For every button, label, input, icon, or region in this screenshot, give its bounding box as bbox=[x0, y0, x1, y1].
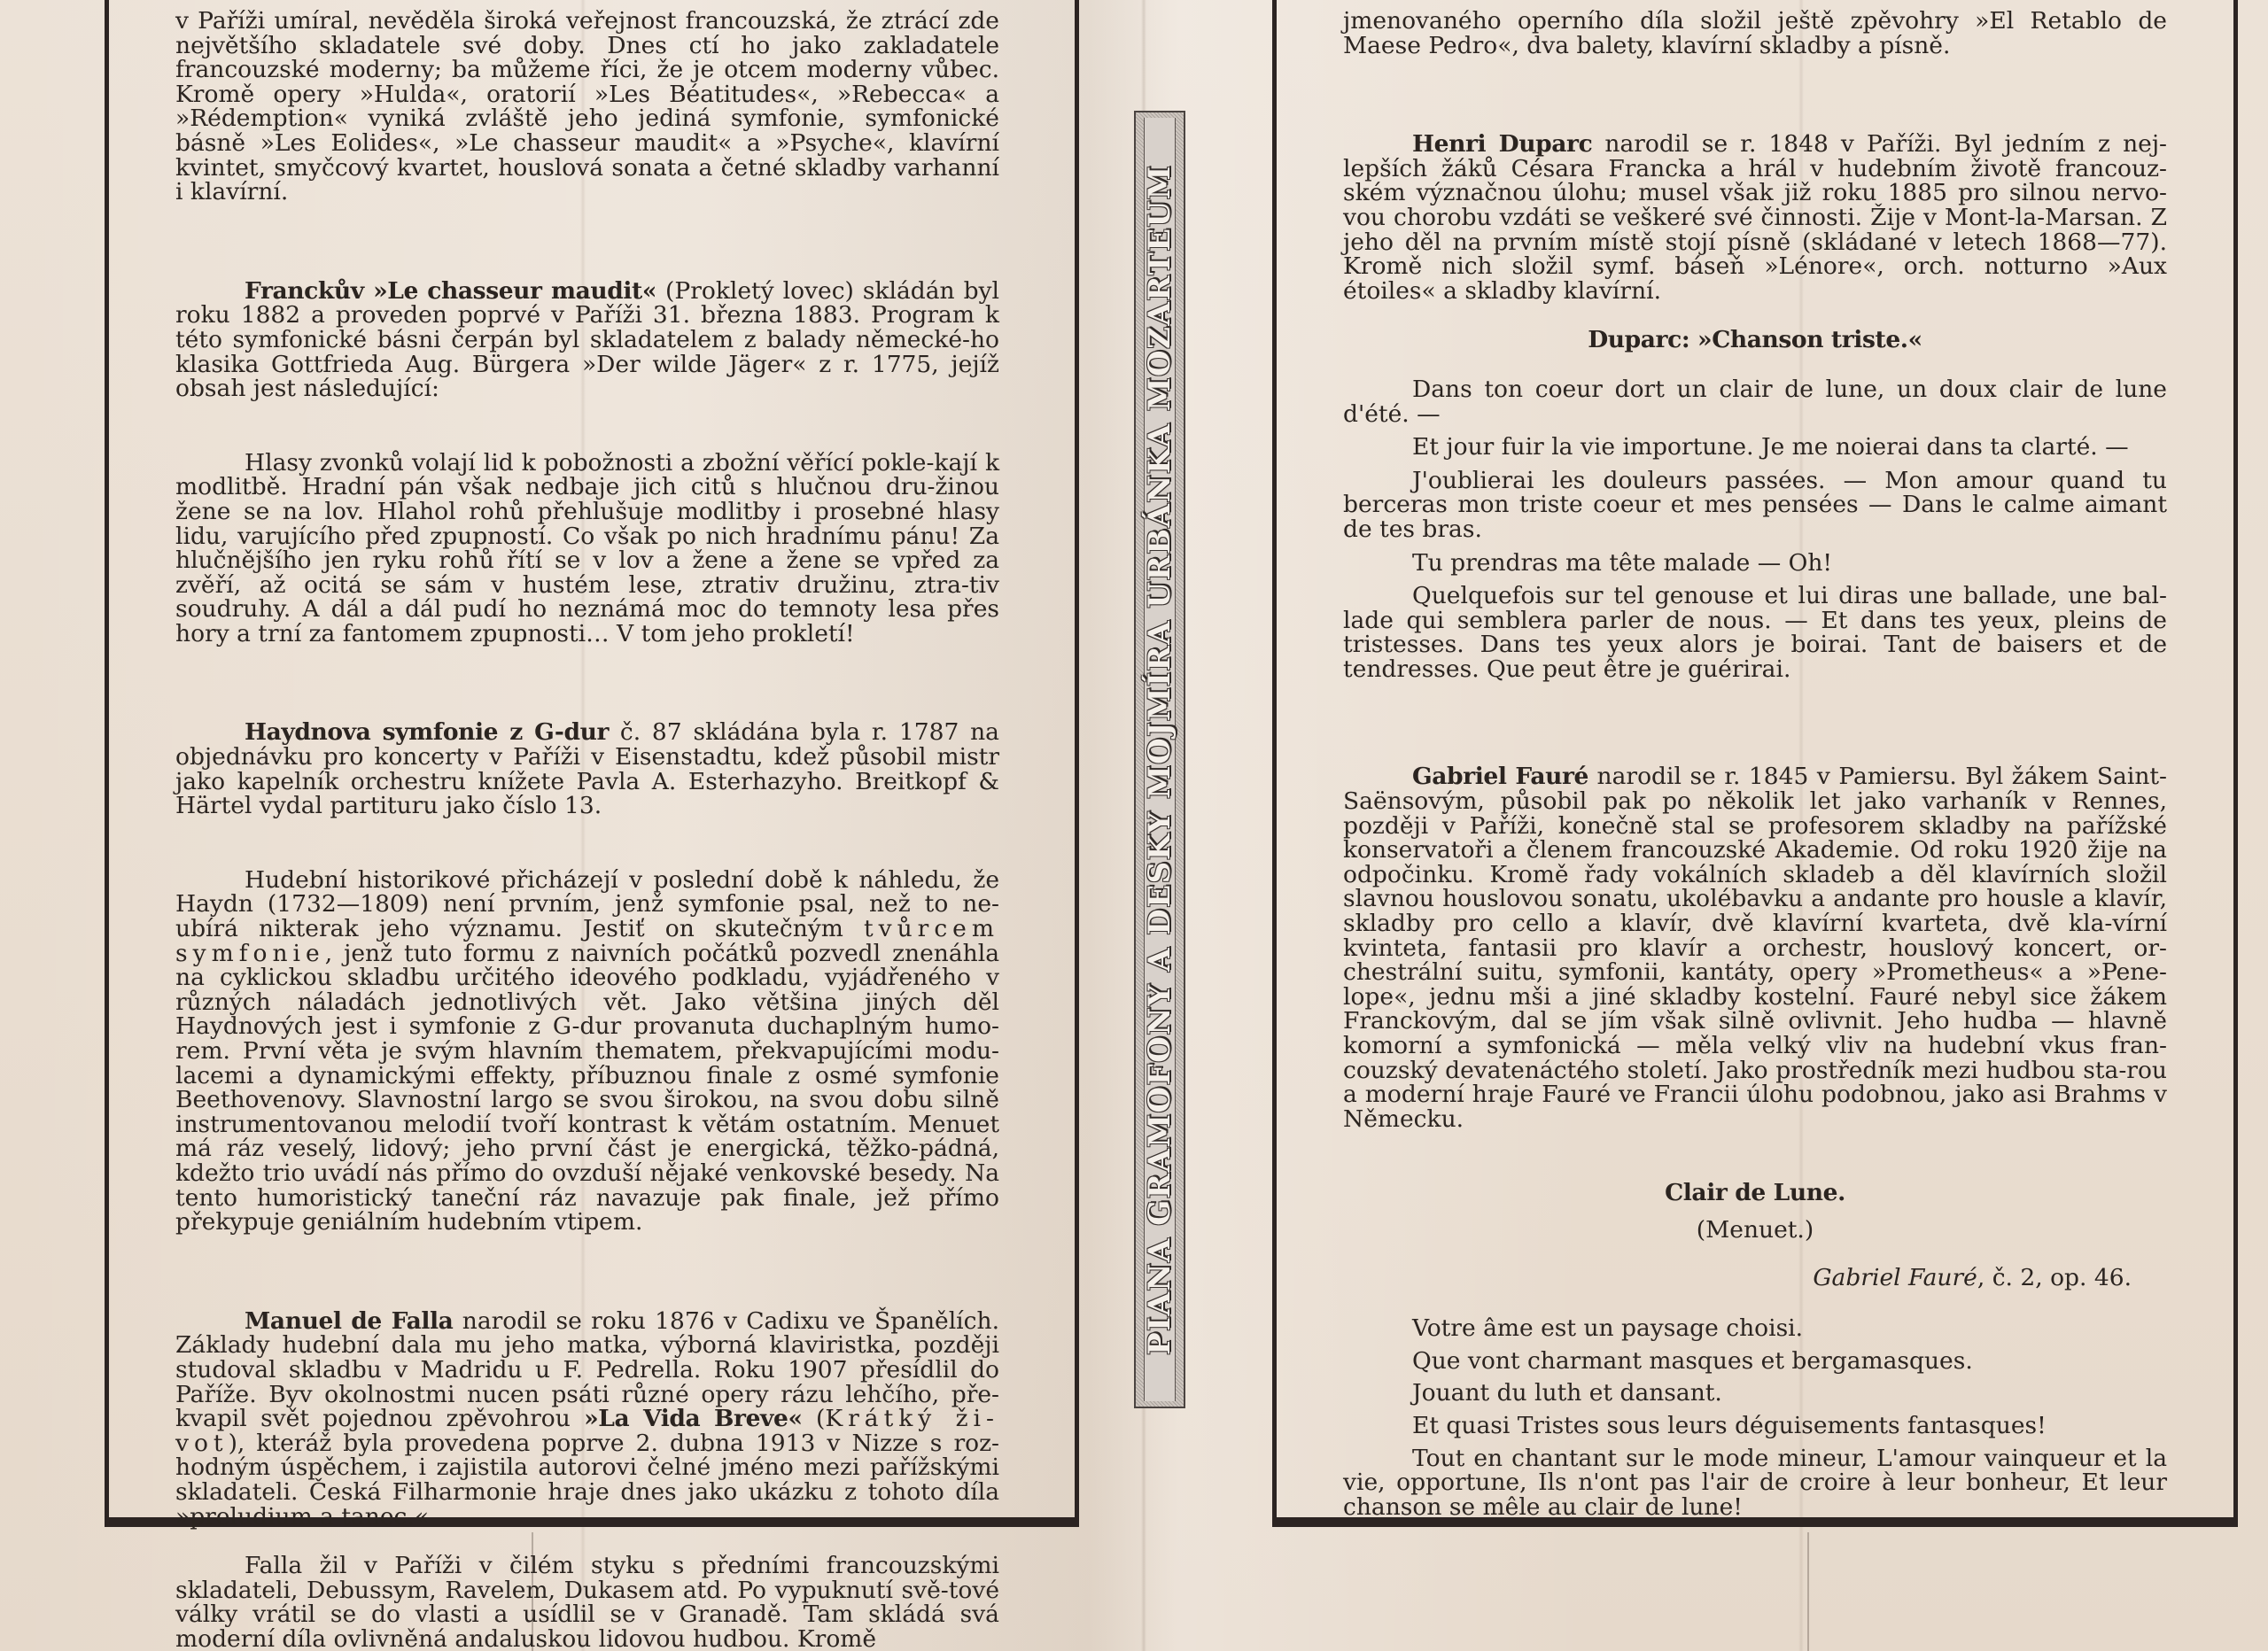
chanson-triste-lyrics: Dans ton coeur dort un clair de lune, un… bbox=[1343, 377, 2167, 682]
chanson-stanza: J'oublierai les douleurs passées. — Mon … bbox=[1343, 469, 2167, 542]
clair-de-lune-title: Clair de Lune. bbox=[1343, 1181, 2167, 1205]
clair-de-lune-lyrics: Votre âme est un paysage choisi. Que von… bbox=[1343, 1316, 2167, 1519]
franck-chasseur-heading: Franckův »Le chasseur maudit« bbox=[245, 277, 656, 305]
clair-de-lune-subtitle: (Menuet.) bbox=[1343, 1218, 2167, 1243]
haydn-heading: Haydnova symfonie z G-dur bbox=[245, 718, 609, 746]
chanson-stanza: Dans ton coeur dort un clair de lune, un… bbox=[1343, 377, 2167, 426]
faure-heading: Gabriel Fauré bbox=[1412, 763, 1588, 790]
franck-intro-paragraph: v Paříži umíral, nevěděla široká veřejno… bbox=[175, 9, 999, 205]
right-page: jmenovaného operního díla složil ještě z… bbox=[1272, 0, 2238, 1527]
haydn-paragraph: Haydnova symfonie z G-dur č. 87 skládána… bbox=[175, 720, 999, 818]
haydn-history-paragraph: Hudební historikové přicházejí v posledn… bbox=[175, 868, 999, 1235]
falla-paris-paragraph: Falla žil v Paříži v čilém styku s předn… bbox=[175, 1554, 999, 1651]
left-page: v Paříži umíral, nevěděla široká veřejno… bbox=[105, 0, 1079, 1527]
falla-paragraph: Manuel de Falla narodil se roku 1876 v C… bbox=[175, 1309, 999, 1529]
clair-verse: Et quasi Tristes sous leurs déguisements… bbox=[1343, 1414, 2167, 1438]
falla-heading: Manuel de Falla bbox=[245, 1307, 453, 1335]
franck-story-paragraph: Hlasy zvonků volají lid k pobožnosti a z… bbox=[175, 451, 999, 647]
spine-advert-text: PIANA GRAMOFONY A DESKY MOJMÍRA URBÁNKA … bbox=[1142, 165, 1177, 1355]
faure-paragraph: Gabriel Fauré narodil se r. 1845 v Pamie… bbox=[1343, 764, 2167, 1131]
right-column: jmenovaného operního díla složil ještě z… bbox=[1343, 9, 2167, 1528]
clair-closing-stanza: Tout en chantant sur le mode mineur, L'a… bbox=[1343, 1446, 2167, 1520]
la-vida-breve-title: »La Vida Breve« bbox=[584, 1405, 803, 1432]
chanson-stanza: Tu prendras ma tête malade — Oh! bbox=[1343, 551, 2167, 576]
chanson-triste-title: Duparc: »Chanson triste.« bbox=[1343, 328, 2167, 353]
chanson-stanza: Quelquefois sur tel genouse et lui diras… bbox=[1343, 584, 2167, 681]
clair-verse: Que vont charmant masques et bergamasque… bbox=[1343, 1349, 2167, 1374]
falla-continuation-paragraph: jmenovaného operního díla složil ještě z… bbox=[1343, 9, 2167, 58]
clair-verse: Votre âme est un paysage choisi. bbox=[1343, 1316, 2167, 1341]
advertisement-spine-banner: PIANA GRAMOFONY A DESKY MOJMÍRA URBÁNKA … bbox=[1134, 111, 1185, 1408]
chanson-stanza: Et jour fuir la vie importune. Je me noi… bbox=[1343, 435, 2167, 460]
clair-de-lune-attribution: Gabriel Fauré, č. 2, op. 46. bbox=[1343, 1266, 2167, 1291]
duparc-paragraph: Henri Duparc narodil se r. 1848 v Paříži… bbox=[1343, 132, 2167, 303]
clair-verse: Jouant du luth et dansant. bbox=[1343, 1381, 2167, 1406]
left-column: v Paříži umíral, nevěděla široká veřejno… bbox=[175, 9, 999, 1651]
duparc-heading: Henri Duparc bbox=[1412, 130, 1592, 158]
paper-tear-right bbox=[1807, 1532, 1809, 1651]
franck-chasseur-paragraph: Franckův »Le chasseur maudit« (Prokletý … bbox=[175, 279, 999, 401]
